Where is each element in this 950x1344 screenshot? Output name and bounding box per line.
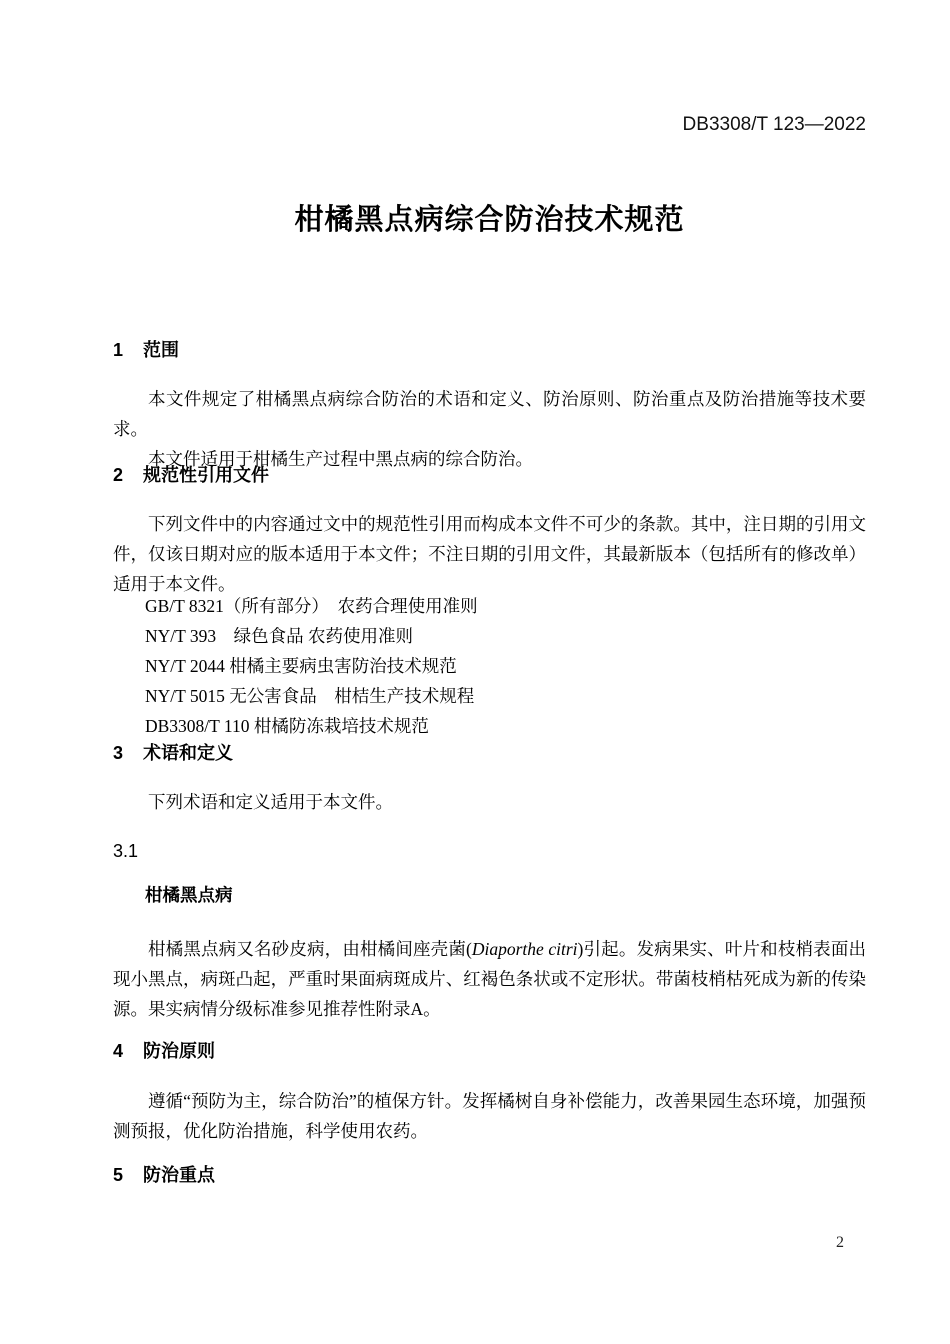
scope-paragraph-1: 本文件规定了柑橘黑点病综合防治的术语和定义、防治原则、防治重点及防治措施等技术要… (113, 384, 866, 444)
section-2-title: 规范性引用文件 (143, 464, 269, 486)
page-number: 2 (828, 1233, 852, 1253)
section-5-title: 防治重点 (143, 1164, 215, 1186)
section-2-body: 下列文件中的内容通过文中的规范性引用而构成本文件不可少的条款。其中，注日期的引用… (113, 509, 866, 599)
section-2-heading: 2 规范性引用文件 (113, 464, 866, 486)
section-3-heading: 3 术语和定义 (113, 742, 866, 764)
section-3-body: 下列术语和定义适用于本文件。 (113, 787, 866, 817)
reference-item: DB3308/T 110 柑橘防冻栽培技术规范 (113, 711, 866, 741)
section-5-number: 5 (113, 1164, 123, 1186)
section-1-heading: 1 范围 (113, 339, 866, 361)
section-4-body: 遵循“预防为主，综合防治”的植保方针。发挥橘树自身补偿能力，改善果园生态环境，加… (113, 1086, 866, 1146)
document-code-header: DB3308/T 123—2022 (113, 113, 866, 137)
clause-3-1-number: 3.1 (113, 840, 866, 862)
normative-references-list: GB/T 8321（所有部分） 农药合理使用准则 NY/T 393 绿色食品 农… (113, 591, 866, 741)
latin-species-name: Diaporthe citri (472, 939, 578, 959)
reference-item: NY/T 5015 无公害食品 柑桔生产技术规程 (113, 681, 866, 711)
section-4-number: 4 (113, 1040, 123, 1062)
term-name: 柑橘黑点病 (113, 884, 866, 906)
term-definition-block: 柑橘黑点病又名砂皮病，由柑橘间座壳菌(Diaporthe citri)引起。发病… (113, 934, 866, 1024)
reference-item: NY/T 2044 柑橘主要病虫害防治技术规范 (113, 651, 866, 681)
section-1-body: 本文件规定了柑橘黑点病综合防治的术语和定义、防治原则、防治重点及防治措施等技术要… (113, 384, 866, 474)
reference-item: GB/T 8321（所有部分） 农药合理使用准则 (113, 591, 866, 621)
control-principles-paragraph: 遵循“预防为主，综合防治”的植保方针。发挥橘树自身补偿能力，改善果园生态环境，加… (113, 1086, 866, 1146)
section-3-title: 术语和定义 (143, 742, 233, 764)
section-2-number: 2 (113, 464, 123, 486)
section-3-number: 3 (113, 742, 123, 764)
definition-text-before: 柑橘黑点病又名砂皮病，由柑橘间座壳菌( (148, 939, 472, 959)
terms-intro-paragraph: 下列术语和定义适用于本文件。 (113, 787, 866, 817)
document-title: 柑橘黑点病综合防治技术规范 (113, 200, 866, 240)
section-1-title: 范围 (143, 339, 179, 361)
normative-references-intro: 下列文件中的内容通过文中的规范性引用而构成本文件不可少的条款。其中，注日期的引用… (113, 509, 866, 599)
section-4-heading: 4 防治原则 (113, 1040, 866, 1062)
reference-item: NY/T 393 绿色食品 农药使用准则 (113, 621, 866, 651)
section-4-title: 防治原则 (143, 1040, 215, 1062)
term-definition-paragraph: 柑橘黑点病又名砂皮病，由柑橘间座壳菌(Diaporthe citri)引起。发病… (113, 934, 866, 1024)
document-page: DB3308/T 123—2022 柑橘黑点病综合防治技术规范 1 范围 本文件… (0, 0, 950, 1344)
section-5-heading: 5 防治重点 (113, 1164, 866, 1186)
section-1-number: 1 (113, 339, 123, 361)
